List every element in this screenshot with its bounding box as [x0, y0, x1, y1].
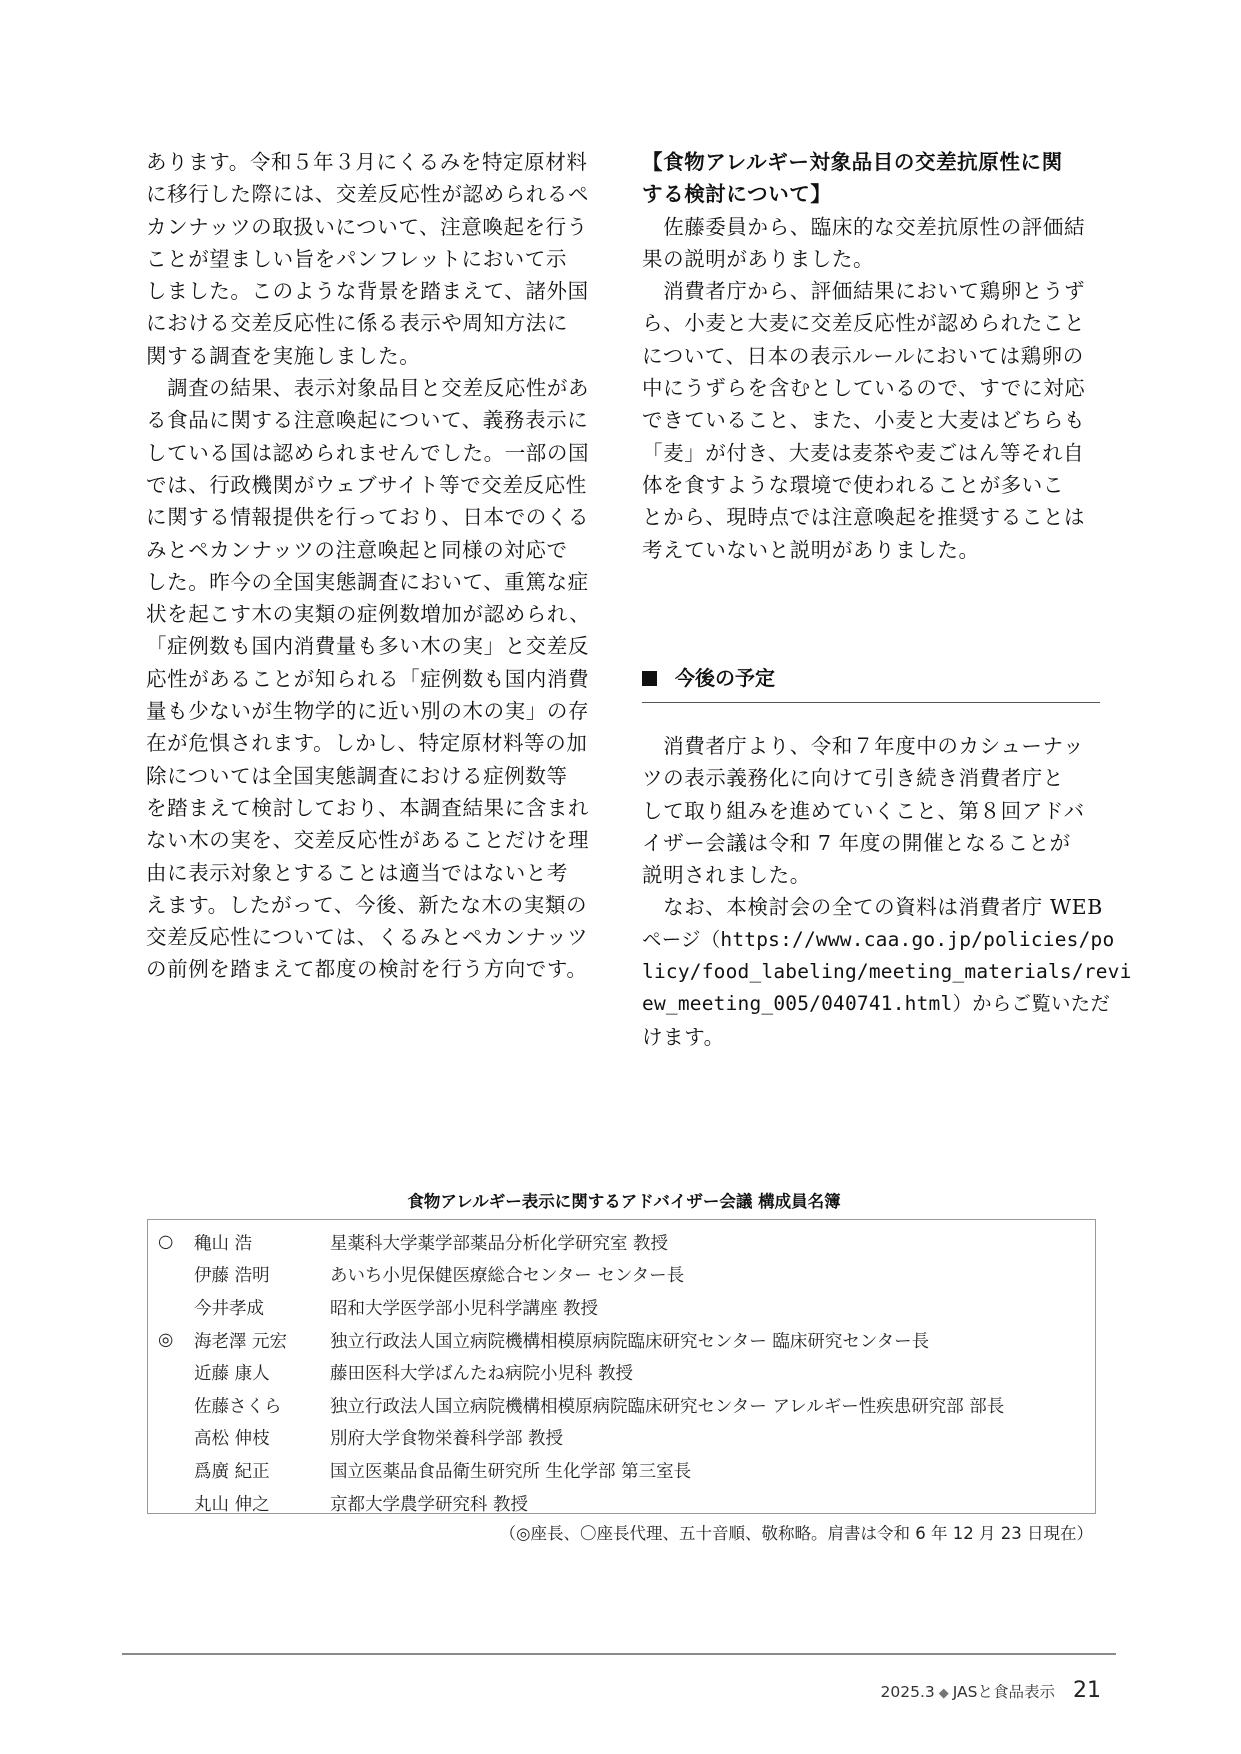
- text-line: を踏まえて検討しており、本調査結果に含まれ: [146, 792, 606, 824]
- section-heading-text: 今後の予定: [675, 666, 775, 690]
- text-line: に移行した際には、交差反応性が認められるペ: [146, 178, 606, 210]
- text-line: 量も少ないが生物学的に近い別の木の実」の存: [146, 695, 606, 727]
- url-line: ページ（https://www.caa.go.jp/policies/po: [642, 924, 1102, 956]
- text-line: 状を起こす木の実類の症例数増加が認められ、: [146, 598, 606, 630]
- publication-name: JASと食品表示: [953, 1680, 1055, 1702]
- roster-title: 食物アレルギー表示に関するアドバイザー会議 構成員名簿: [148, 1190, 1100, 1214]
- diamond-separator-icon: ◆: [939, 1686, 949, 1701]
- text-line: ら、小麦と大麦に交差反応性が認められたこと: [642, 307, 1102, 339]
- member-affiliation: 独立行政法人国立病院機構相模原病院臨床研究センター 臨床研究センター長: [330, 1328, 1095, 1353]
- subheading-line: する検討について】: [642, 178, 1102, 210]
- text-line: 体を食すような環境で使われることが多いこ: [642, 469, 1102, 501]
- roster-table: ○ 穐山 浩 星薬科大学薬学部薬品分析化学研究室 教授 伊藤 浩明 あいち小児保…: [147, 1219, 1096, 1514]
- text-line: した。昨今の全国実態調査において、重篤な症: [146, 566, 606, 598]
- roster-row: ○ 穐山 浩 星薬科大学薬学部薬品分析化学研究室 教授: [148, 1226, 1095, 1259]
- text-line: しました。このような背景を踏まえて、諸外国: [146, 275, 606, 307]
- text-line: ない木の実を、交差反応性があることだけを理: [146, 824, 606, 856]
- roster-row: 高松 伸枝 別府大学食物栄養科学部 教授: [148, 1422, 1095, 1455]
- issue-date: 2025.3: [881, 1683, 935, 1701]
- member-affiliation: 国立医薬品食品衛生研究所 生化学部 第三室長: [330, 1458, 1095, 1483]
- text-line: 交差反応性については、くるみとペカンナッツ: [146, 921, 606, 953]
- roster-row: 近藤 康人 藤田医科大学ばんたね病院小児科 教授: [148, 1356, 1095, 1389]
- text-line: 佐藤委員から、臨床的な交差抗原性の評価結: [642, 211, 1102, 243]
- text-line: 果の説明がありました。: [642, 243, 1102, 275]
- left-column-text: あります。令和５年３月にくるみを特定原材料 に移行した際には、交差反応性が認めら…: [146, 146, 606, 986]
- text-line: 「症例数も国内消費量も多い木の実」と交差反: [146, 630, 606, 662]
- text-line: している国は認められませんでした。一部の国: [146, 437, 606, 469]
- text-line: 考えていないと説明がありました。: [642, 534, 1102, 566]
- section-heading: 今後の予定: [642, 662, 1100, 703]
- text-line: 関する調査を実施しました。: [146, 340, 606, 372]
- roster-row: 伊藤 浩明 あいち小児保健医療総合センター センター長: [148, 1259, 1095, 1292]
- member-name: 丸山 伸之: [194, 1491, 330, 1516]
- page-number: 21: [1073, 1678, 1101, 1703]
- text-line: 消費者庁から、評価結果において鶏卵とうず: [642, 275, 1102, 307]
- text-line: えます。したがって、今後、新たな木の実類の: [146, 889, 606, 921]
- text-line: 説明されました。: [642, 859, 1102, 891]
- text-line: の前例を踏まえて都度の検討を行う方向です。: [146, 953, 606, 985]
- text-line: ことが望ましい旨をパンフレットにおいて示: [146, 243, 606, 275]
- member-name: 佐藤さくら: [194, 1393, 330, 1418]
- member-name: 今井孝成: [194, 1295, 330, 1320]
- text-line: における交差反応性に係る表示や周知方法に: [146, 307, 606, 339]
- url-line: ew_meeting_005/040741.html）からご覧いただ: [642, 988, 1102, 1020]
- member-affiliation: 京都大学農学研究科 教授: [330, 1491, 1095, 1516]
- roster-note: （◎座長、〇座長代理、五十音順、敬称略。肩書は令和 6 年 12 月 23 日現…: [500, 1520, 1093, 1544]
- text-line: イザー会議は令和 7 年度の開催となることが: [642, 827, 1102, 859]
- member-name: 海老澤 元宏: [194, 1328, 330, 1353]
- section-body: 消費者庁より、令和７年度中のカシューナッ ツの表示義務化に向けて引き続き消費者庁…: [642, 730, 1102, 1053]
- member-affiliation: 独立行政法人国立病院機構相模原病院臨床研究センター アレルギー性疾患研究部 部長: [330, 1393, 1095, 1418]
- roster-row: 爲廣 紀正 国立医薬品食品衛生研究所 生化学部 第三室長: [148, 1454, 1095, 1487]
- text-line: る食品に関する注意喚起について、義務表示に: [146, 404, 606, 436]
- member-name: 高松 伸枝: [194, 1425, 330, 1450]
- text-line: 応性があることが知られる「症例数も国内消費: [146, 663, 606, 695]
- roster-row: 丸山 伸之 京都大学農学研究科 教授: [148, 1487, 1095, 1520]
- text-line: けます。: [642, 1021, 1102, 1053]
- text-line: みとペカンナッツの注意喚起と同様の対応で: [146, 534, 606, 566]
- text-line: 除については全国実態調査における症例数等: [146, 760, 606, 792]
- member-affiliation: 星薬科大学薬学部薬品分析化学研究室 教授: [330, 1230, 1095, 1255]
- text-line: について、日本の表示ルールにおいては鶏卵の: [642, 340, 1102, 372]
- member-affiliation: あいち小児保健医療総合センター センター長: [330, 1262, 1095, 1287]
- member-affiliation: 昭和大学医学部小児科学講座 教授: [330, 1295, 1095, 1320]
- footer-divider: [122, 1653, 1116, 1655]
- role-mark: ◎: [148, 1330, 194, 1350]
- text-line: ツの表示義務化に向けて引き続き消費者庁と: [642, 762, 1102, 794]
- member-name: 伊藤 浩明: [194, 1262, 330, 1287]
- text-line: 「麦」が付き、大麦は麦茶や麦ごはん等それ自: [642, 437, 1102, 469]
- roster-row: 今井孝成 昭和大学医学部小児科学講座 教授: [148, 1291, 1095, 1324]
- text-line: とから、現時点では注意喚起を推奨することは: [642, 501, 1102, 533]
- subheading-line: 【食物アレルギー対象品目の交差抗原性に関: [642, 146, 1102, 178]
- text-line: して取り組みを進めていくこと、第８回アドバ: [642, 795, 1102, 827]
- text-line: あります。令和５年３月にくるみを特定原材料: [146, 146, 606, 178]
- roster-row: 佐藤さくら 独立行政法人国立病院機構相模原病院臨床研究センター アレルギー性疾患…: [148, 1389, 1095, 1422]
- role-mark: ○: [148, 1232, 194, 1252]
- text-line: できていること、また、小麦と大麦はどちらも: [642, 404, 1102, 436]
- text-line: 消費者庁より、令和７年度中のカシューナッ: [642, 730, 1102, 762]
- text-line: に関する情報提供を行っており、日本でのくる: [146, 501, 606, 533]
- url-line: licy/food_labeling/meeting_materials/rev…: [642, 956, 1102, 988]
- text-line: では、行政機関がウェブサイト等で交差反応性: [146, 469, 606, 501]
- text-line: 由に表示対象とすることは適当ではないと考: [146, 857, 606, 889]
- text-line: 中にうずらを含むとしているので、すでに対応: [642, 372, 1102, 404]
- text-line: 在が危惧されます。しかし、特定原材料等の加: [146, 727, 606, 759]
- member-affiliation: 藤田医科大学ばんたね病院小児科 教授: [330, 1360, 1095, 1385]
- text-line: 調査の結果、表示対象品目と交差反応性があ: [146, 372, 606, 404]
- text-line: カンナッツの取扱いについて、注意喚起を行う: [146, 211, 606, 243]
- black-square-bullet-icon: [642, 671, 657, 686]
- page-footer: 2025.3 ◆ JASと食品表示 21: [881, 1678, 1102, 1703]
- member-name: 爲廣 紀正: [194, 1458, 330, 1483]
- roster-row: ◎ 海老澤 元宏 独立行政法人国立病院機構相模原病院臨床研究センター 臨床研究セ…: [148, 1324, 1095, 1357]
- right-column-text: 【食物アレルギー対象品目の交差抗原性に関 する検討について】 佐藤委員から、臨床…: [642, 146, 1102, 566]
- text-line: なお、本検討会の全ての資料は消費者庁 WEB: [642, 891, 1102, 923]
- member-name: 穐山 浩: [194, 1230, 330, 1255]
- member-affiliation: 別府大学食物栄養科学部 教授: [330, 1425, 1095, 1450]
- member-name: 近藤 康人: [194, 1360, 330, 1385]
